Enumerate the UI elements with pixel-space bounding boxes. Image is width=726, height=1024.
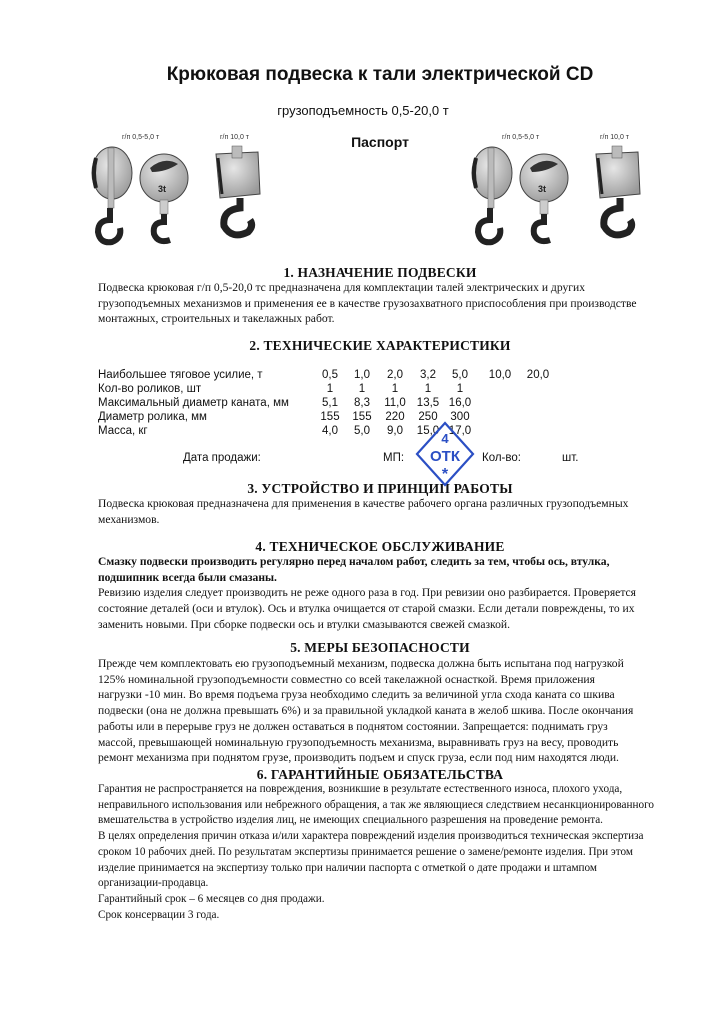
spec-value: 11,0	[377, 396, 413, 410]
text-line: Прежде чем комплектовать ею грузоподъемн…	[98, 656, 668, 672]
spec-value: 1	[344, 382, 380, 396]
text-line: подвески (она не должна превышать 6%) и …	[98, 703, 668, 719]
text-line: Ревизию изделия следует производить не р…	[98, 585, 668, 601]
spec-value: 8,3	[344, 396, 380, 410]
spec-value: 13,5	[410, 396, 446, 410]
text-line: В целях определения причин отказа и/или …	[98, 829, 668, 845]
text-line: заменить новыми. При сборке подвески ось…	[98, 617, 668, 633]
spec-label: Максимальный диаметр каната, мм	[98, 396, 289, 410]
spec-label: Масса, кг	[98, 424, 148, 438]
section-specs-heading: 2. ТЕХНИЧЕСКИЕ ХАРАКТЕРИСТИКИ	[0, 338, 726, 354]
spec-value: 10,0	[482, 368, 518, 382]
section-device-text: Подвеска крюковая предназначена для прим…	[98, 496, 668, 527]
section-maintenance-heading: 4. ТЕХНИЧЕСКОЕ ОБСЛУЖИВАНИЕ	[0, 539, 726, 555]
spec-value: 155	[312, 410, 348, 424]
spec-value: 220	[377, 410, 413, 424]
section-warranty-text: Гарантия не распространяется на поврежде…	[98, 782, 668, 923]
hook-capacity-label: 3t	[158, 184, 166, 194]
spec-value: 2,0	[377, 368, 413, 382]
spec-value: 9,0	[377, 424, 413, 438]
text-line: изделие принимается на экспертизу только…	[98, 861, 668, 877]
spec-value: 5,0	[344, 424, 380, 438]
mp-label: МП:	[383, 452, 404, 464]
section-maintenance-text: Смазку подвески производить регулярно пе…	[98, 554, 668, 633]
text-line: 125% номинальной грузоподъемности совмес…	[98, 672, 668, 688]
hook-photos-left: г/п 0,5-5,0 т г/п 10,0 т 3t	[82, 128, 282, 258]
spec-value: 4,0	[312, 424, 348, 438]
otk-quality-stamp: 4 ОТК *	[415, 421, 475, 487]
spec-value: 1	[410, 382, 446, 396]
text-line: механизмов.	[98, 512, 668, 528]
text-line: Срок консервации 3 года.	[98, 908, 668, 924]
sale-date-label: Дата продажи:	[183, 452, 261, 464]
spec-value: 1	[442, 382, 478, 396]
text-line: Гарантия не распространяется на поврежде…	[98, 782, 668, 798]
spec-value: 1	[312, 382, 348, 396]
spec-value: 5,1	[312, 396, 348, 410]
hook-block-illustration: 3t	[462, 128, 662, 258]
hook-block-illustration: 3t	[82, 128, 282, 258]
spec-value: 16,0	[442, 396, 478, 410]
text-line: грузоподъемных механизмов и применения е…	[98, 296, 668, 312]
text-line: Подвеска крюковая г/п 0,5-20,0 тс предна…	[98, 280, 668, 296]
text-line: сроком 10 рабочих дней. По результатам э…	[98, 845, 668, 861]
section-purpose-heading: 1. НАЗНАЧЕНИЕ ПОДВЕСКИ	[0, 265, 726, 281]
spec-value: 20,0	[520, 368, 556, 382]
hook-photos-right: г/п 0,5-5,0 т г/п 10,0 т 3t	[462, 128, 662, 258]
spec-value: 1,0	[344, 368, 380, 382]
quantity-label: Кол-во:	[482, 452, 521, 464]
text-line: монтажных, строительных и такелажных раб…	[98, 311, 668, 327]
text-line: организации-продавца.	[98, 876, 668, 892]
hook-capacity-label: 3t	[538, 184, 546, 194]
text-line: нагрузки -10 мин. Во время подъема груза…	[98, 687, 668, 703]
section-device-heading: 3. УСТРОЙСТВО И ПРИНЦИП РАБОТЫ	[0, 481, 726, 497]
svg-text:ОТК: ОТК	[430, 448, 461, 465]
spec-value: 0,5	[312, 368, 348, 382]
text-line: Гарантийный срок – 6 месяцев со дня прод…	[98, 892, 668, 908]
text-line: состояние деталей (оси и втулок). Ось и …	[98, 601, 668, 617]
section-safety-heading: 5. МЕРЫ БЕЗОПАСНОСТИ	[0, 640, 726, 656]
section-warranty-heading: 6. ГАРАНТИЙНЫЕ ОБЯЗАТЕЛЬСТВА	[0, 767, 726, 783]
text-line: Смазку подвески производить регулярно пе…	[98, 554, 668, 570]
spec-label: Наибольшее тяговое усилие, т	[98, 368, 263, 382]
spec-value: 5,0	[442, 368, 478, 382]
document-subtitle: грузоподъемность 0,5-20,0 т	[0, 103, 726, 118]
text-line: ремонт механизма при поднятом грузе, про…	[98, 750, 668, 766]
text-line: Подвеска крюковая предназначена для прим…	[98, 496, 668, 512]
section-purpose-text: Подвеска крюковая г/п 0,5-20,0 тс предна…	[98, 280, 668, 327]
spec-label: Диаметр ролика, мм	[98, 410, 207, 424]
section-safety-text: Прежде чем комплектовать ею грузоподъемн…	[98, 656, 668, 766]
spec-label: Кол-во роликов, шт	[98, 382, 201, 396]
spec-value: 3,2	[410, 368, 446, 382]
text-line: вмешательства в устройство изделия лиц, …	[98, 813, 668, 829]
unit-label: шт.	[562, 452, 578, 464]
text-line: подшипник всегда были смазаны.	[98, 570, 668, 586]
text-line: массой, превышающей номинальную грузопод…	[98, 735, 668, 751]
text-line: неправильного использования или небрежно…	[98, 798, 668, 814]
svg-text:*: *	[442, 466, 449, 483]
svg-text:4: 4	[441, 431, 449, 446]
spec-value: 155	[344, 410, 380, 424]
document-title: Крюковая подвеска к тали электрической C…	[0, 64, 726, 86]
spec-value: 1	[377, 382, 413, 396]
text-line: работы или в перерыве груз не должен ост…	[98, 719, 668, 735]
